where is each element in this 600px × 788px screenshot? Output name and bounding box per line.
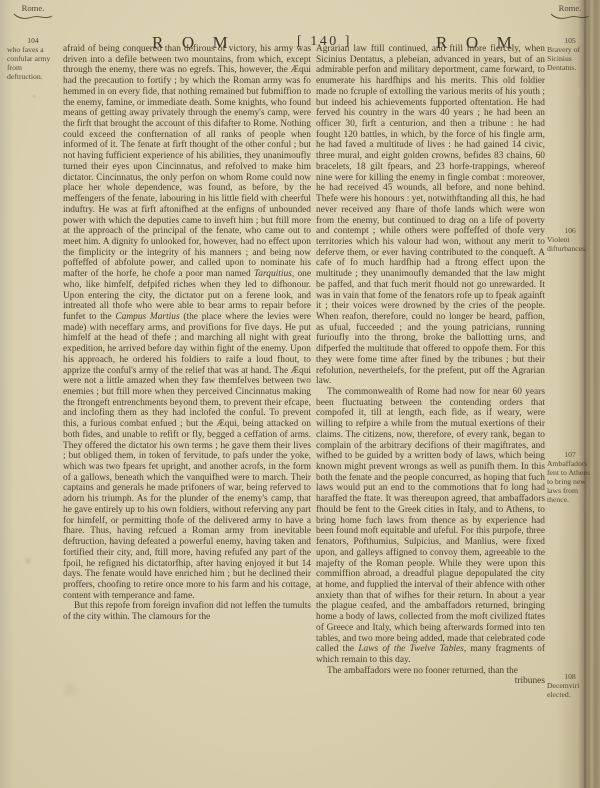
margin-note-text: who faves a confular army from deftructi…: [7, 45, 59, 81]
margin-note-number: 104: [7, 36, 59, 45]
paragraph: afraid of being conquered than defirous …: [63, 44, 311, 601]
catchword: tribunes: [316, 676, 545, 687]
paragraph: But this repofe from foreign invafion di…: [63, 601, 311, 622]
text-column-right: Agrarian law ftill continued, and ftill …: [316, 44, 545, 687]
book-right-edge: [556, 0, 600, 788]
scan-left-edge: [0, 0, 14, 788]
paragraph: Agrarian law ftill continued, and ftill …: [316, 44, 545, 387]
text-column-left: afraid of being conquered than defirous …: [63, 44, 311, 623]
paragraph: The commonwealth of Rome had now for nea…: [316, 387, 545, 666]
paragraph: The ambaffadors were no fooner returned,…: [316, 666, 545, 677]
book-page-scan: R O M [ 140 ] R O M Rome. 104 who faves …: [0, 0, 600, 788]
left-running-head: Rome.: [7, 4, 59, 13]
brace-ornament: [13, 13, 53, 20]
